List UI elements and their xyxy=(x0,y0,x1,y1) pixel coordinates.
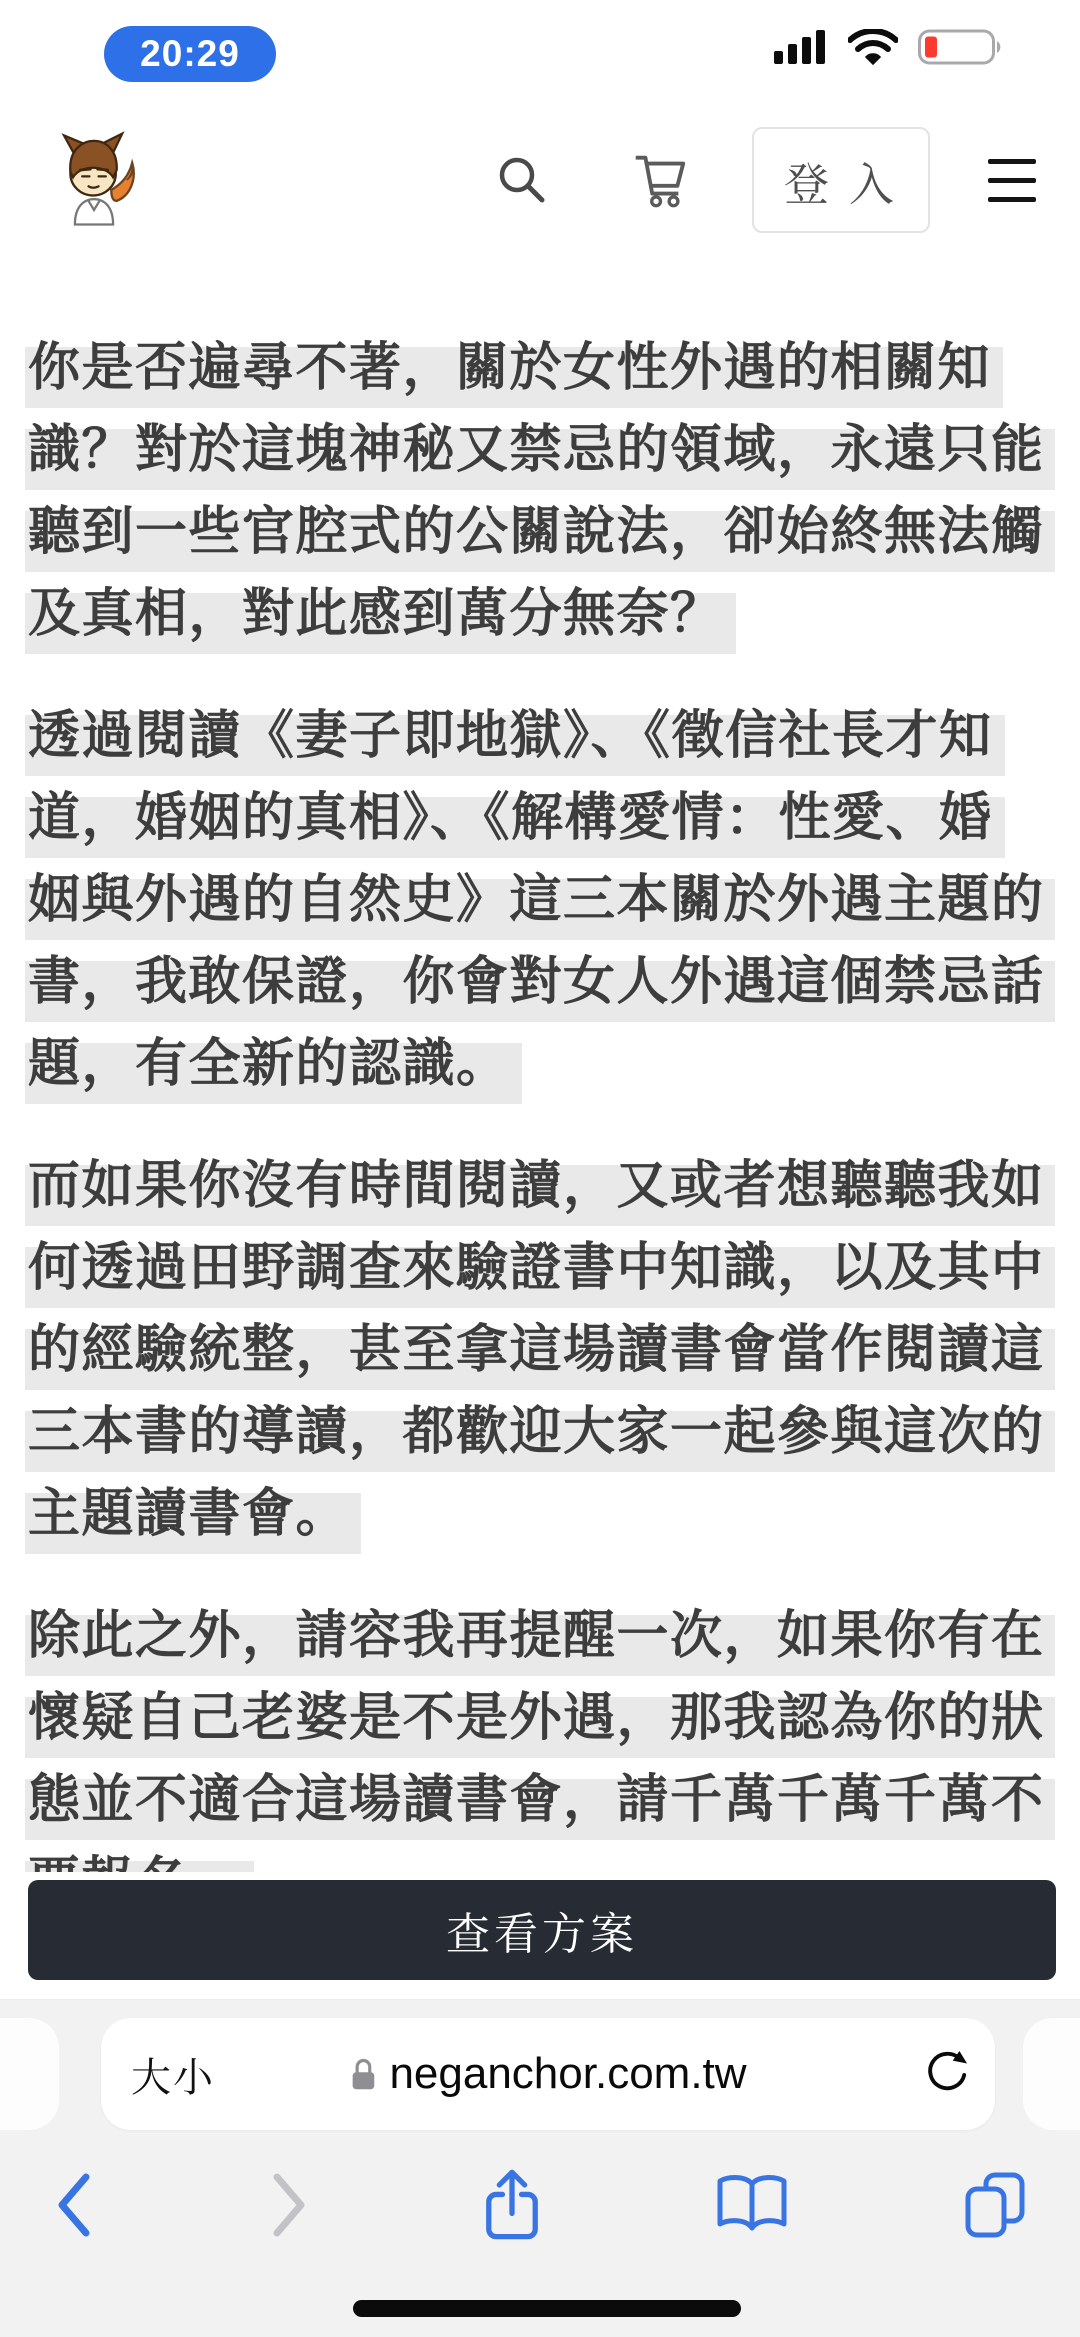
text-line: 三本書的導讀，都歡迎大家一起參與這次的 xyxy=(25,1394,1055,1476)
login-button[interactable]: 登入 xyxy=(752,127,930,233)
highlighted-text: 而如果你沒有時間閱讀，又或者想聽聽我如 xyxy=(25,1152,1055,1226)
domain-text: neganchor.com.tw xyxy=(389,2049,746,2099)
battery-level-fill xyxy=(925,37,937,58)
status-time: 20:29 xyxy=(140,33,240,75)
status-bar: 20:29 xyxy=(0,0,1080,100)
paragraph: 而如果你沒有時間閱讀，又或者想聽聽我如何透過田野調查來驗證書中知識，以及其中的經… xyxy=(25,1148,1055,1558)
search-icon[interactable] xyxy=(494,152,550,208)
safari-toolbar xyxy=(0,2150,1080,2260)
text-line: 懷疑自己老婆是不是外遇，那我認為你的狀 xyxy=(25,1680,1055,1762)
text-line: 態並不適合這場讀書會，請千萬千萬千萬不 xyxy=(25,1762,1055,1844)
battery-icon xyxy=(918,28,1004,66)
highlighted-text: 書，我敢保證，你會對女人外遇這個禁忌話 xyxy=(25,948,1055,1022)
view-plans-label: 查看方案 xyxy=(446,1898,638,1962)
login-label: 登入 xyxy=(768,148,914,213)
highlighted-text: 題，有全新的認識。 xyxy=(25,1030,522,1104)
text-line: 聽到一些官腔式的公關說法，卻始終無法觸 xyxy=(25,494,1055,576)
lock-icon xyxy=(349,2056,377,2092)
forward-icon[interactable] xyxy=(267,2171,311,2239)
view-plans-button[interactable]: 查看方案 xyxy=(28,1880,1056,1980)
site-header: 登入 xyxy=(0,100,1080,260)
bookmarks-icon[interactable] xyxy=(713,2172,791,2238)
status-time-pill: 20:29 xyxy=(104,26,276,82)
text-line: 你是否遍尋不著，關於女性外遇的相關知 xyxy=(25,330,1055,412)
highlighted-text: 識？對於這塊神秘又禁忌的領域，永遠只能 xyxy=(25,416,1055,490)
highlighted-text: 你是否遍尋不著，關於女性外遇的相關知 xyxy=(25,334,1003,408)
text-line: 透過閱讀《妻子即地獄》、《徵信社長才知 xyxy=(25,698,1055,780)
highlighted-text: 要報名。 xyxy=(25,1848,254,1872)
cart-icon[interactable] xyxy=(628,149,690,211)
header-actions: 登入 xyxy=(494,127,1080,233)
text-line: 何透過田野調查來驗證書中知識，以及其中 xyxy=(25,1230,1055,1312)
text-line: 要報名。 xyxy=(25,1844,1055,1872)
safari-bottom-bar: 大小 neganchor.com.tw xyxy=(0,2000,1080,2337)
text-line: 的經驗統整，甚至拿這場讀書會當作閱讀這 xyxy=(25,1312,1055,1394)
iphone-screen: 20:29 xyxy=(0,0,1080,2337)
paragraph: 除此之外，請容我再提醒一次，如果你有在懷疑自己老婆是不是外遇，那我認為你的狀態並… xyxy=(25,1598,1055,1872)
cellular-signal-icon xyxy=(774,29,828,65)
text-line: 姻與外遇的自然史》這三本關於外遇主題的 xyxy=(25,862,1055,944)
highlighted-text: 懷疑自己老婆是不是外遇，那我認為你的狀 xyxy=(25,1684,1055,1758)
tabs-icon[interactable] xyxy=(962,2169,1028,2241)
highlighted-text: 及真相，對此感到萬分無奈？ xyxy=(25,580,736,654)
reload-icon[interactable] xyxy=(923,2049,969,2099)
highlighted-text: 道，婚姻的真相》、《解構愛情：性愛、婚 xyxy=(25,784,1005,858)
highlighted-text: 聽到一些官腔式的公關說法，卻始終無法觸 xyxy=(25,498,1055,572)
text-line: 主題讀書會。 xyxy=(25,1476,1055,1558)
text-line: 道，婚姻的真相》、《解構愛情：性愛、婚 xyxy=(25,780,1055,862)
highlighted-text: 何透過田野調查來驗證書中知識，以及其中 xyxy=(25,1234,1055,1308)
text-line: 除此之外，請容我再提醒一次，如果你有在 xyxy=(25,1598,1055,1680)
back-icon[interactable] xyxy=(52,2171,96,2239)
text-line: 識？對於這塊神秘又禁忌的領域，永遠只能 xyxy=(25,412,1055,494)
address-bar[interactable]: 大小 neganchor.com.tw xyxy=(101,2018,995,2130)
highlighted-text: 除此之外，請容我再提醒一次，如果你有在 xyxy=(25,1602,1055,1676)
status-icons xyxy=(774,28,1004,66)
previous-tab-stub[interactable] xyxy=(0,2018,59,2130)
paragraph: 你是否遍尋不著，關於女性外遇的相關知識？對於這塊神秘又禁忌的領域，永遠只能聽到一… xyxy=(25,330,1055,658)
text-line: 題，有全新的認識。 xyxy=(25,1026,1055,1108)
menu-icon[interactable] xyxy=(988,159,1036,202)
text-line: 而如果你沒有時間閱讀，又或者想聽聽我如 xyxy=(25,1148,1055,1230)
wifi-icon xyxy=(848,29,898,65)
highlighted-text: 的經驗統整，甚至拿這場讀書會當作閱讀這 xyxy=(25,1316,1055,1390)
highlighted-text: 態並不適合這場讀書會，請千萬千萬千萬不 xyxy=(25,1766,1055,1840)
text-line: 書，我敢保證，你會對女人外遇這個禁忌話 xyxy=(25,944,1055,1026)
site-logo-avatar[interactable] xyxy=(44,128,144,232)
highlighted-text: 三本書的導讀，都歡迎大家一起參與這次的 xyxy=(25,1398,1055,1472)
text-line: 及真相，對此感到萬分無奈？ xyxy=(25,576,1055,658)
highlighted-text: 主題讀書會。 xyxy=(25,1480,361,1554)
paragraph: 透過閱讀《妻子即地獄》、《徵信社長才知道，婚姻的真相》、《解構愛情：性愛、婚姻與… xyxy=(25,698,1055,1108)
highlighted-text: 透過閱讀《妻子即地獄》、《徵信社長才知 xyxy=(25,702,1005,776)
next-tab-stub[interactable] xyxy=(1023,2018,1080,2130)
home-indicator[interactable] xyxy=(353,2300,741,2317)
highlighted-text: 姻與外遇的自然史》這三本關於外遇主題的 xyxy=(25,866,1055,940)
share-icon[interactable] xyxy=(482,2167,542,2243)
text-size-button[interactable]: 大小 xyxy=(131,2046,215,2103)
article: 你是否遍尋不著，關於女性外遇的相關知識？對於這塊神秘又禁忌的領域，永遠只能聽到一… xyxy=(25,330,1055,1872)
battery-nub xyxy=(997,41,1000,53)
url-display: neganchor.com.tw xyxy=(349,2049,746,2099)
